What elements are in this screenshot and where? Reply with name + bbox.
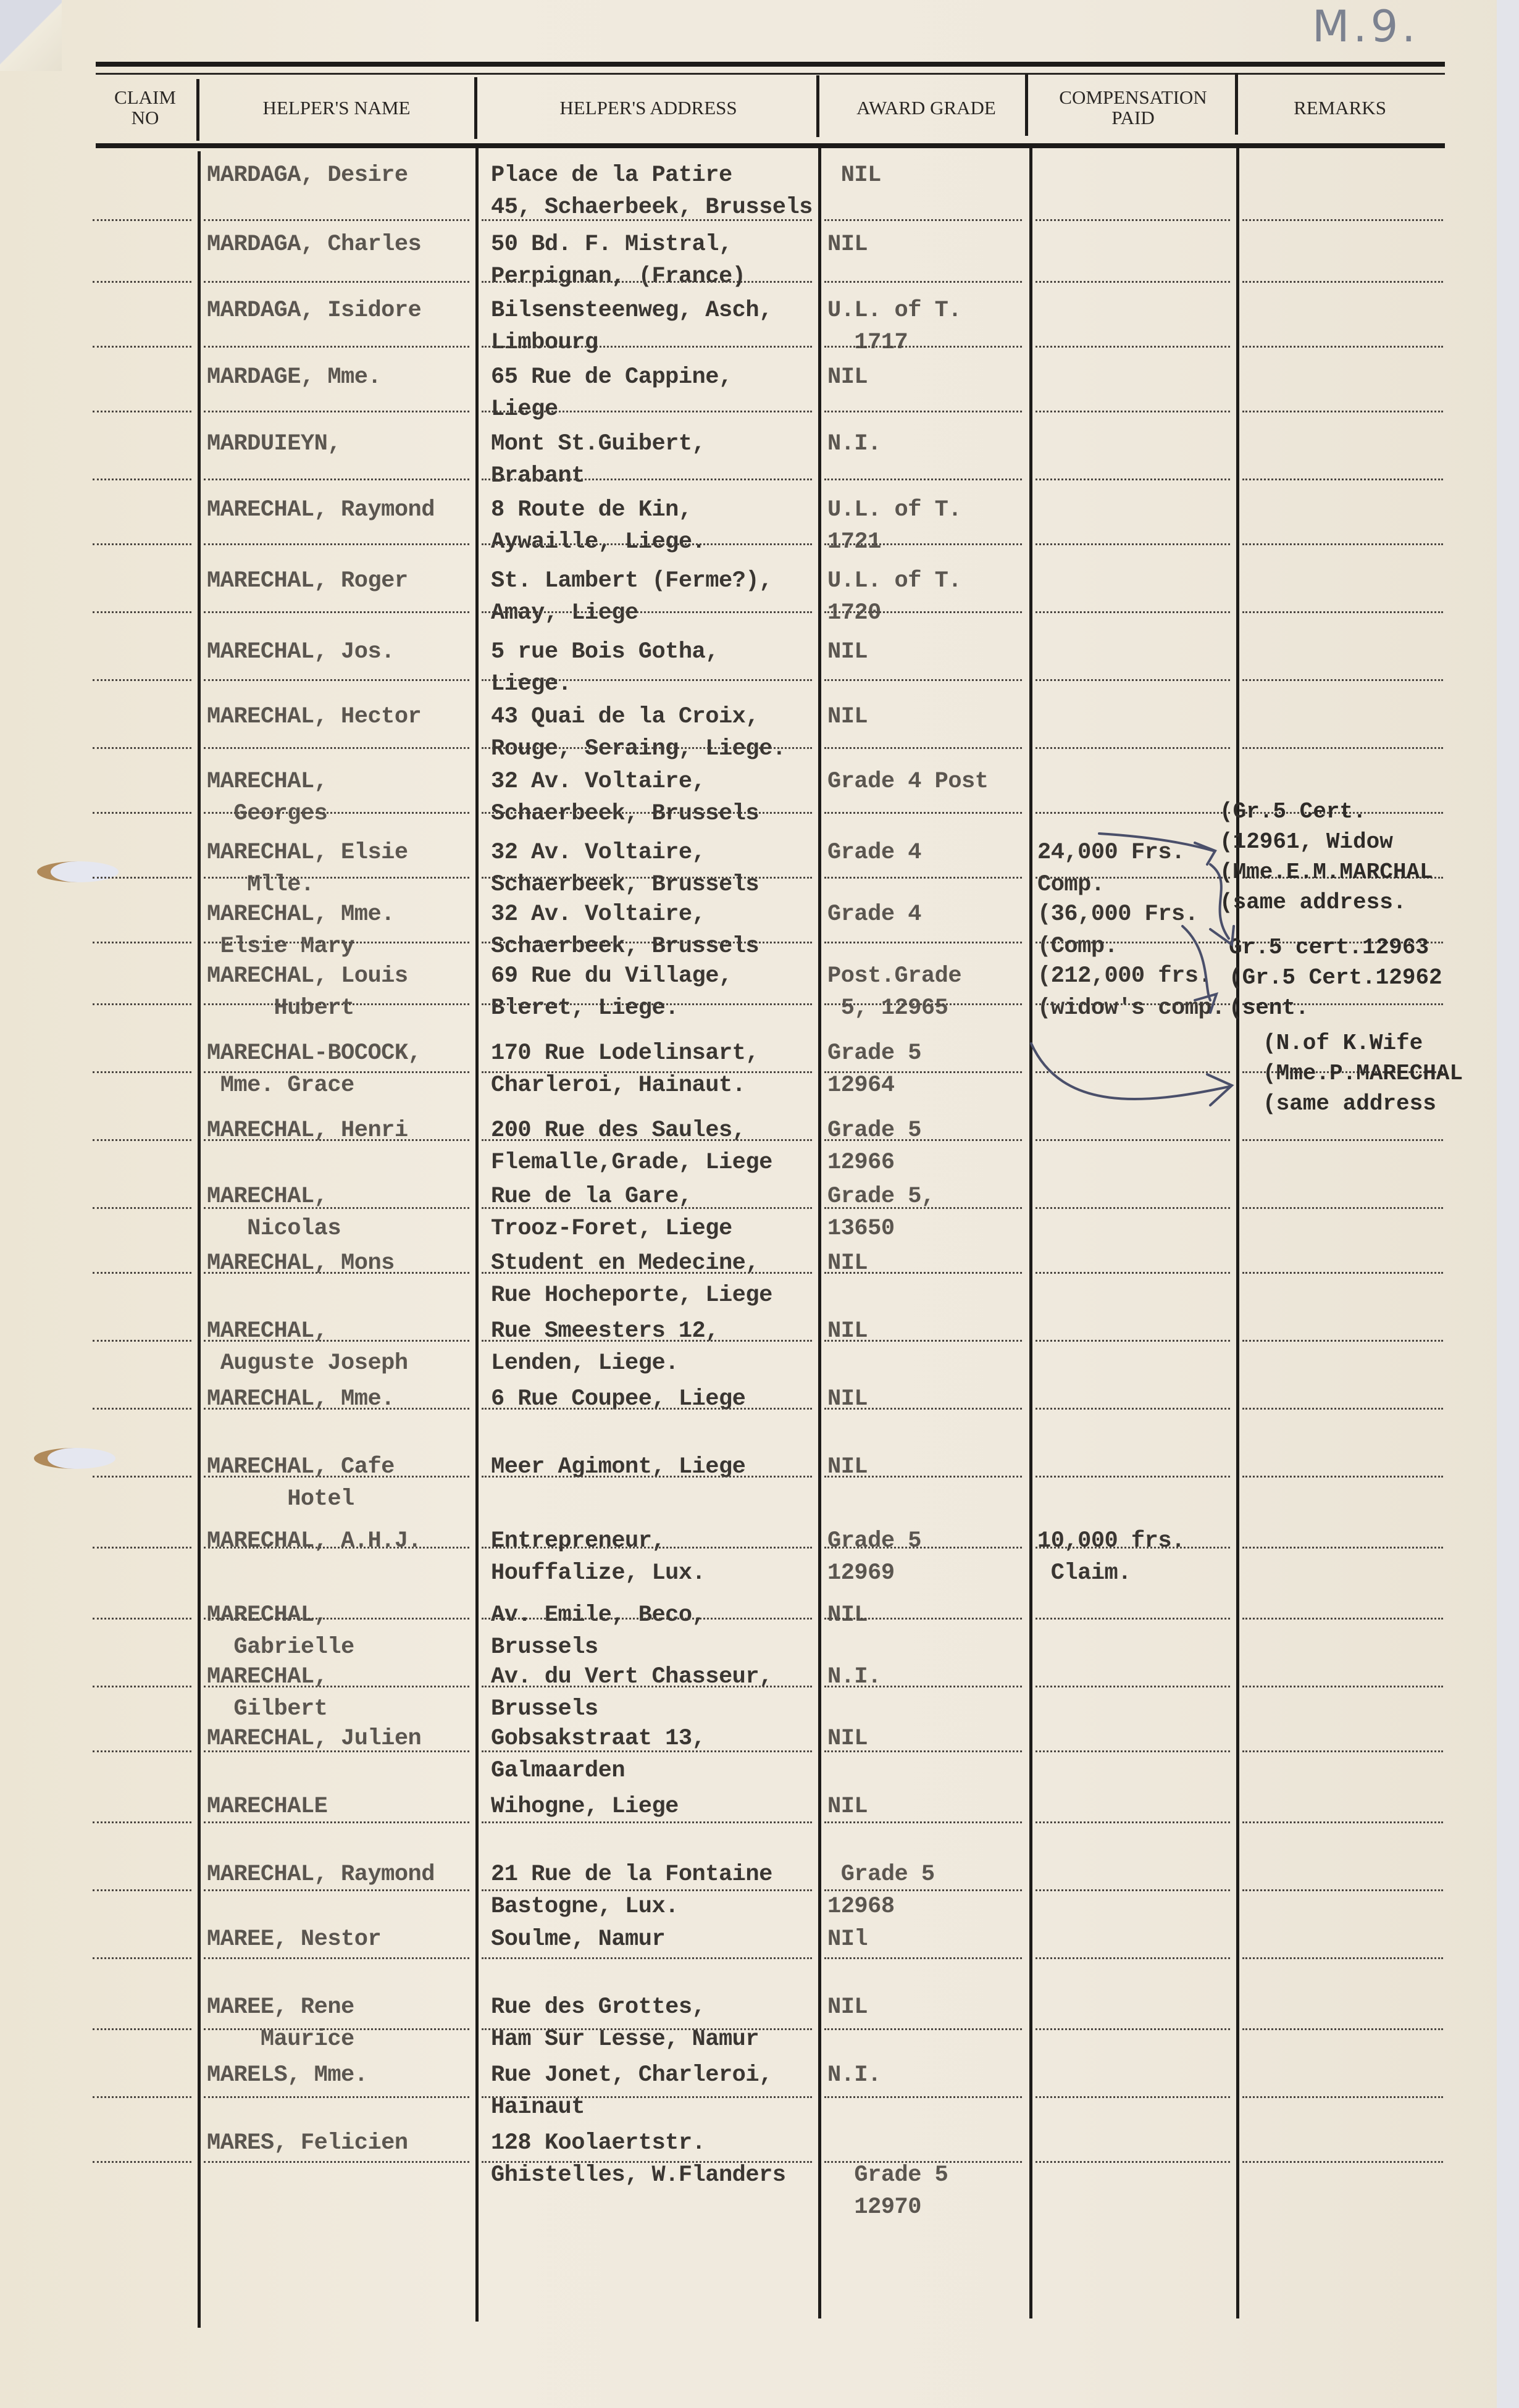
helper-address: Rue des Grottes, Ham Sur Lesse, Namur	[491, 1991, 759, 2055]
award-grade: N.I.	[827, 2059, 881, 2091]
row-separator	[93, 877, 191, 879]
row-separator	[824, 2096, 1022, 2098]
award-grade: NIL	[827, 1451, 868, 1483]
row-separator	[482, 877, 812, 879]
row-separator	[482, 679, 812, 681]
row-separator	[1036, 1686, 1230, 1687]
row-separator	[1242, 2161, 1443, 2163]
helper-name: MARECHAL, Hector	[207, 701, 421, 733]
row-separator	[204, 1272, 469, 1274]
row-separator	[93, 2096, 191, 2098]
helper-address: Rue Jonet, Charleroi, Hainaut	[491, 2059, 772, 2123]
row-separator	[1242, 1272, 1443, 1274]
row-separator	[824, 411, 1022, 412]
helper-address: 128 Koolaertstr. Ghistelles, W.Flanders	[491, 2127, 785, 2191]
compensation-paid: 24,000 Frs. Comp.	[1037, 837, 1185, 901]
column-header-compensation-paid: COMPENSATION PAID	[1037, 77, 1229, 139]
row-separator	[824, 611, 1022, 613]
row-separator	[93, 2028, 191, 2030]
header-divider	[196, 79, 199, 141]
row-separator	[204, 877, 469, 879]
helper-name: MARDAGA, Desire	[207, 159, 408, 191]
award-grade: NIL	[827, 1991, 868, 2023]
helper-name: MARECHAL, Henri	[207, 1114, 408, 1147]
helper-address: Av. du Vert Chasseur, Brussels	[491, 1661, 772, 1725]
award-grade: NIL	[827, 1791, 868, 1823]
row-separator	[824, 281, 1022, 283]
punch-hole-icon	[37, 861, 119, 882]
row-separator	[1242, 1207, 1443, 1209]
row-separator	[1036, 611, 1230, 613]
punch-hole-icon	[34, 1448, 115, 1469]
column-header-helpers-address: HELPER'S ADDRESS	[479, 77, 818, 139]
row-separator	[482, 346, 812, 348]
helper-address: 8 Route de Kin, Aywaille, Liege.	[491, 494, 705, 558]
row-separator	[1242, 411, 1443, 412]
row-separator	[204, 2096, 469, 2098]
row-separator	[204, 281, 469, 283]
row-separator	[482, 812, 812, 814]
award-grade: NIL	[827, 1247, 868, 1279]
row-separator	[482, 1476, 812, 1478]
helper-name: MARECHALE	[207, 1791, 327, 1823]
row-separator	[204, 942, 469, 943]
helper-name: MARECHAL, Raymond	[207, 1858, 435, 1891]
row-separator	[1242, 2028, 1443, 2030]
award-grade: NIL	[827, 1599, 868, 1631]
row-separator	[824, 1340, 1022, 1342]
helper-address: 43 Quai de la Croix, Rouge, Seraing, Lie…	[491, 701, 785, 765]
row-separator	[1036, 219, 1230, 221]
row-separator	[93, 747, 191, 749]
row-separator	[204, 543, 469, 545]
row-separator	[1036, 1207, 1230, 1209]
award-grade: Grade 4	[827, 898, 921, 930]
row-separator	[204, 679, 469, 681]
row-separator	[1036, 1139, 1230, 1141]
row-separator	[93, 1408, 191, 1410]
row-separator	[93, 679, 191, 681]
row-separator	[1036, 2096, 1230, 2098]
row-separator	[1036, 543, 1230, 545]
row-separator	[1036, 1476, 1230, 1478]
row-separator	[824, 1071, 1022, 1073]
award-grade: Grade 4 Post	[827, 766, 988, 798]
row-separator	[1036, 812, 1230, 814]
row-separator	[93, 1003, 191, 1005]
row-separator	[482, 1957, 812, 1959]
header-divider	[1025, 74, 1028, 136]
row-separator	[824, 877, 1022, 879]
column-divider	[1236, 148, 1239, 2318]
row-separator	[93, 411, 191, 412]
helper-address: 50 Bd. F. Mistral, Perpignan, (France)	[491, 228, 745, 293]
helper-name: MARDUIEYN,	[207, 428, 341, 460]
row-separator	[482, 1408, 812, 1410]
award-grade: NIL	[827, 1315, 868, 1347]
row-separator	[1036, 1750, 1230, 1752]
row-separator	[482, 942, 812, 943]
row-separator	[93, 1547, 191, 1549]
row-separator	[1036, 479, 1230, 480]
helper-name: MARECHAL, Mme. Elsie Mary	[207, 898, 395, 963]
helper-name: MARELS, Mme.	[207, 2059, 367, 2091]
row-separator	[1036, 2161, 1230, 2163]
row-separator	[824, 2028, 1022, 2030]
row-separator	[482, 1272, 812, 1274]
row-separator	[93, 1821, 191, 1823]
helper-address: Av. Emile, Beco, Brussels	[491, 1599, 705, 1663]
helper-name: MARECHAL-BOCOCK, Mme. Grace	[207, 1037, 421, 1102]
row-separator	[1242, 1750, 1443, 1752]
column-header-claim-no: CLAIM No	[96, 77, 195, 139]
compensation-paid: (212,000 frs. (widow's comp.	[1037, 960, 1225, 1024]
row-separator	[824, 942, 1022, 943]
row-separator	[1242, 1821, 1443, 1823]
row-separator	[204, 1003, 469, 1005]
row-separator	[1036, 1821, 1230, 1823]
row-separator	[93, 1476, 191, 1478]
helper-name: MARES, Felicien	[207, 2127, 408, 2159]
row-separator	[1242, 1618, 1443, 1620]
row-separator	[824, 1821, 1022, 1823]
row-separator	[482, 219, 812, 221]
row-separator	[1036, 1003, 1230, 1005]
helper-address: St. Lambert (Ferme?), Amay, Liege	[491, 565, 772, 629]
row-separator	[93, 2161, 191, 2163]
award-grade: NIL	[827, 701, 868, 733]
row-separator	[824, 2161, 1022, 2163]
row-separator	[824, 812, 1022, 814]
row-separator	[482, 1547, 812, 1549]
row-separator	[93, 1272, 191, 1274]
row-separator	[824, 1618, 1022, 1620]
row-separator	[204, 219, 469, 221]
row-separator	[1036, 1547, 1230, 1549]
column-header-award-grade: AWARD GRADE	[821, 77, 1031, 139]
helper-address: Gobsakstraat 13, Galmaarden	[491, 1723, 705, 1787]
row-separator	[824, 1476, 1022, 1478]
row-separator	[1036, 1272, 1230, 1274]
row-separator	[204, 812, 469, 814]
helper-name: MARECHAL, Nicolas	[207, 1181, 341, 1245]
award-grade: NIL	[827, 159, 881, 191]
row-separator	[824, 1957, 1022, 1959]
row-separator	[482, 1071, 812, 1073]
row-separator	[1036, 2028, 1230, 2030]
helper-address: 6 Rue Coupee, Liege	[491, 1383, 745, 1415]
header-divider	[474, 77, 477, 139]
row-separator	[1036, 747, 1230, 749]
row-separator	[93, 812, 191, 814]
row-separator	[93, 543, 191, 545]
row-separator	[824, 1889, 1022, 1891]
row-separator	[482, 2096, 812, 2098]
award-grade: U.L. of T. 1717	[827, 295, 961, 359]
remarks-georges-elsie: (Gr.5 Cert. (12961, Widow (Mme.E.M.MARCH…	[1220, 796, 1433, 918]
row-separator	[482, 1750, 812, 1752]
header-divider	[1235, 73, 1238, 135]
award-grade: U.L. of T. 1720	[827, 565, 961, 629]
row-separator	[1242, 1957, 1443, 1959]
award-grade: NIl	[827, 1923, 868, 1955]
row-separator	[1242, 543, 1443, 545]
award-grade: NIL	[827, 636, 868, 668]
award-grade: Grade 5, 13650	[827, 1181, 935, 1245]
row-separator	[482, 1003, 812, 1005]
row-separator	[1242, 611, 1443, 613]
row-separator	[482, 1139, 812, 1141]
column-divider	[198, 151, 201, 2328]
row-separator	[1036, 411, 1230, 412]
row-separator	[204, 1408, 469, 1410]
helper-name: MARECHAL, Jos.	[207, 636, 395, 668]
helper-address: 32 Av. Voltaire, Schaerbeek, Brussels	[491, 898, 759, 963]
award-grade: Grade 5 12964	[827, 1037, 921, 1102]
helper-address: Rue Smeesters 12, Lenden, Liege.	[491, 1315, 719, 1379]
helper-name: MARECHAL, Auguste Joseph	[207, 1315, 408, 1379]
row-separator	[93, 611, 191, 613]
helper-name: MARECHAL, A.H.J.	[207, 1525, 421, 1557]
award-grade: Grade 5 12970	[827, 2127, 948, 2223]
row-separator	[204, 1618, 469, 1620]
award-grade: NIL	[827, 228, 868, 261]
row-separator	[93, 1889, 191, 1891]
helper-address: 65 Rue de Cappine, Liege	[491, 361, 732, 425]
row-separator	[204, 1476, 469, 1478]
row-separator	[204, 747, 469, 749]
award-grade: Grade 5 12966	[827, 1114, 921, 1179]
row-separator	[93, 1957, 191, 1959]
row-separator	[482, 281, 812, 283]
row-separator	[93, 1750, 191, 1752]
row-separator	[1036, 1889, 1230, 1891]
row-separator	[204, 611, 469, 613]
remarks-louis-hubert: (N.of K.Wife (Mme.P.MARECHAL (same addre…	[1263, 1028, 1463, 1119]
row-separator	[93, 1618, 191, 1620]
row-separator	[824, 1547, 1022, 1549]
row-separator	[93, 346, 191, 348]
header-bottom-rule	[96, 143, 1445, 148]
row-separator	[1036, 1957, 1230, 1959]
row-separator	[1036, 877, 1230, 879]
row-separator	[824, 1207, 1022, 1209]
helper-address: 69 Rue du Village, Bleret, Liege.	[491, 960, 732, 1024]
award-grade: N.I.	[827, 428, 881, 460]
compensation-paid: (36,000 Frs. (Comp.	[1037, 898, 1198, 963]
compensation-paid: 10,000 frs. Claim.	[1037, 1525, 1185, 1589]
helper-address: Meer Agimont, Liege	[491, 1451, 745, 1483]
folded-corner	[0, 0, 62, 71]
row-separator	[482, 1340, 812, 1342]
row-separator	[204, 411, 469, 412]
helper-name: MARDAGA, Charles	[207, 228, 421, 261]
helper-address: Soulme, Namur	[491, 1923, 665, 1955]
row-separator	[1242, 747, 1443, 749]
row-separator	[1242, 346, 1443, 348]
helper-address: Rue de la Gare, Trooz-Foret, Liege	[491, 1181, 732, 1245]
row-separator	[1242, 281, 1443, 283]
helper-name: MARECHAL, Roger	[207, 565, 408, 597]
helper-address: 5 rue Bois Gotha, Liege.	[491, 636, 719, 700]
row-separator	[482, 479, 812, 480]
column-divider	[1029, 148, 1032, 2318]
row-separator	[1242, 1686, 1443, 1687]
row-separator	[93, 1686, 191, 1687]
row-separator	[824, 219, 1022, 221]
row-separator	[93, 1071, 191, 1073]
remarks-elsie-mary: Gr.5 cert.12963 (Gr.5 Cert.12962 (sent.	[1229, 932, 1442, 1023]
row-separator	[204, 479, 469, 480]
row-separator	[824, 747, 1022, 749]
helper-name: MARECHAL, Elsie Mlle.	[207, 837, 408, 901]
row-separator	[824, 479, 1022, 480]
row-separator	[93, 479, 191, 480]
row-separator	[1036, 1618, 1230, 1620]
award-grade: U.L. of T. 1721	[827, 494, 961, 558]
award-grade: N.I.	[827, 1661, 881, 1693]
row-separator	[204, 1207, 469, 1209]
row-separator	[824, 543, 1022, 545]
row-separator	[1036, 1340, 1230, 1342]
scan-background-edge	[1497, 0, 1519, 2408]
helper-address: Mont St.Guibert, Brabant	[491, 428, 705, 492]
column-header-remarks: REMARKS	[1235, 77, 1445, 139]
row-separator	[204, 1889, 469, 1891]
row-separator	[824, 1408, 1022, 1410]
column-header-helpers-name: HELPER'S NAME	[198, 77, 475, 139]
helper-name: MAREE, Nestor	[207, 1923, 381, 1955]
helper-name: MARECHAL, Raymond	[207, 494, 435, 526]
row-separator	[482, 411, 812, 412]
header-top-thin-rule	[96, 73, 1445, 75]
award-grade: NIL	[827, 1383, 868, 1415]
helper-name: MARDAGA, Isidore	[207, 295, 421, 327]
row-separator	[1242, 1340, 1443, 1342]
helper-address: Place de la Patire 45, Schaerbeek, Bruss…	[491, 159, 813, 224]
row-separator	[482, 2161, 812, 2163]
row-separator	[1036, 346, 1230, 348]
row-separator	[482, 1821, 812, 1823]
helper-address: Student en Medecine, Rue Hocheporte, Lie…	[491, 1247, 772, 1311]
helper-address: 200 Rue des Saules, Flemalle,Grade, Lieg…	[491, 1114, 772, 1179]
row-separator	[204, 1821, 469, 1823]
row-separator	[204, 1957, 469, 1959]
row-separator	[482, 1207, 812, 1209]
row-separator	[93, 1139, 191, 1141]
helper-name: MARECHAL, Mons	[207, 1247, 395, 1279]
helper-name: MAREE, Rene Maurice	[207, 1991, 354, 2055]
row-separator	[204, 1139, 469, 1141]
helper-address: 170 Rue Lodelinsart, Charleroi, Hainaut.	[491, 1037, 759, 1102]
helper-name: MARDAGE, Mme.	[207, 361, 381, 393]
header-top-rule	[96, 62, 1445, 67]
helper-name: MARECHAL, Mme.	[207, 1383, 395, 1415]
row-separator	[482, 1889, 812, 1891]
helper-name: MARECHAL, Louis Hubert	[207, 960, 408, 1024]
helper-address: Bilsensteenweg, Asch, Limbourg	[491, 295, 772, 359]
helper-name: MARECHAL, Georges	[207, 766, 327, 830]
row-separator	[1242, 1408, 1443, 1410]
row-separator	[482, 1686, 812, 1687]
row-separator	[482, 2028, 812, 2030]
row-separator	[1242, 679, 1443, 681]
column-divider	[475, 148, 479, 2322]
helper-name: MARECHAL, Cafe Hotel	[207, 1451, 395, 1515]
row-separator	[1036, 281, 1230, 283]
row-separator	[204, 1686, 469, 1687]
helper-address: Wihogne, Liege	[491, 1791, 679, 1823]
row-separator	[824, 1272, 1022, 1274]
row-separator	[1242, 1476, 1443, 1478]
helper-name: MARECHAL, Gabrielle	[207, 1599, 354, 1663]
row-separator	[1242, 1139, 1443, 1141]
row-separator	[1036, 679, 1230, 681]
row-separator	[824, 1686, 1022, 1687]
column-divider	[818, 148, 821, 2318]
award-grade: Post.Grade 5, 12965	[827, 960, 961, 1024]
row-separator	[482, 1618, 812, 1620]
handwritten-sheet-mark: M.9.	[1312, 1, 1419, 52]
row-separator	[824, 679, 1022, 681]
row-separator	[204, 1340, 469, 1342]
award-grade: Grade 4	[827, 837, 921, 869]
row-separator	[93, 281, 191, 283]
row-separator	[204, 1547, 469, 1549]
row-separator	[93, 1207, 191, 1209]
row-separator	[93, 219, 191, 221]
helper-address: 32 Av. Voltaire, Schaerbeek, Brussels	[491, 837, 759, 901]
helper-address: 32 Av. Voltaire, Schaerbeek, Brussels	[491, 766, 759, 830]
row-separator	[824, 346, 1022, 348]
helper-name: MARECHAL, Gilbert	[207, 1661, 327, 1725]
row-separator	[482, 543, 812, 545]
row-separator	[1242, 479, 1443, 480]
helper-address: Entrepreneur, Houffalize, Lux.	[491, 1525, 705, 1589]
row-separator	[824, 1139, 1022, 1141]
row-separator	[204, 1750, 469, 1752]
row-separator	[1242, 1889, 1443, 1891]
row-separator	[1242, 2096, 1443, 2098]
row-separator	[1036, 942, 1230, 943]
award-grade: NIL	[827, 361, 868, 393]
row-separator	[1242, 219, 1443, 221]
row-separator	[1036, 1408, 1230, 1410]
row-separator	[824, 1750, 1022, 1752]
row-separator	[482, 611, 812, 613]
row-separator	[204, 2161, 469, 2163]
award-grade: Grade 5 12969	[827, 1525, 921, 1589]
row-separator	[482, 747, 812, 749]
row-separator	[1036, 1071, 1230, 1073]
row-separator	[824, 1003, 1022, 1005]
row-separator	[93, 1340, 191, 1342]
header-divider	[816, 75, 819, 137]
row-separator	[93, 942, 191, 943]
row-separator	[1242, 1547, 1443, 1549]
row-separator	[204, 2028, 469, 2030]
row-separator	[204, 346, 469, 348]
row-separator	[204, 1071, 469, 1073]
